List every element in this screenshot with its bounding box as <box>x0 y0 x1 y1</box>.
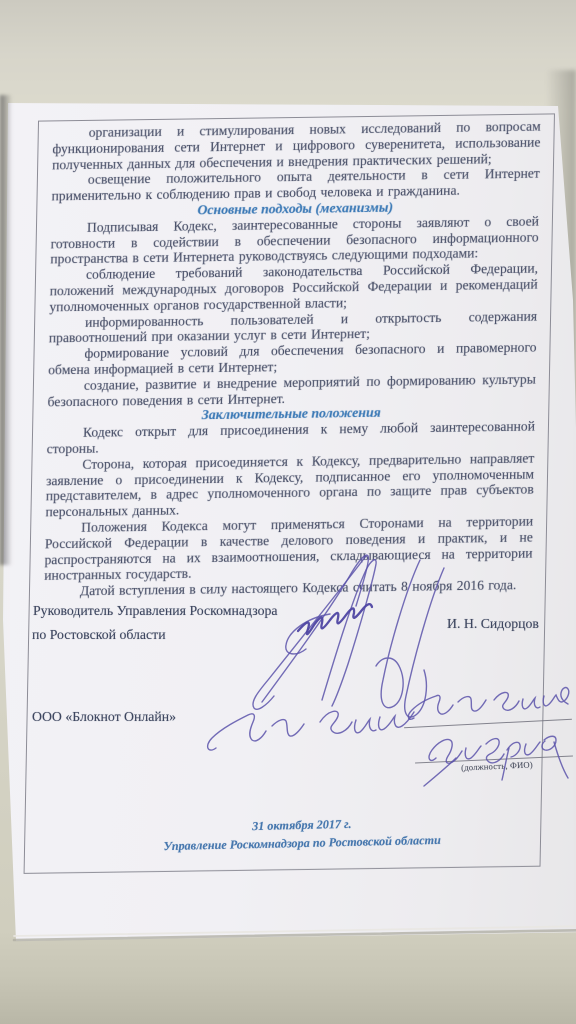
photo-scene: организации и стимулирования новых иссле… <box>0 0 576 1024</box>
ink-overlay <box>0 0 576 1024</box>
signature-flourish-ink <box>253 555 444 717</box>
position-signature-ink <box>424 736 568 786</box>
company-signature-ink <box>208 711 414 750</box>
name-signature-ink <box>408 688 568 720</box>
